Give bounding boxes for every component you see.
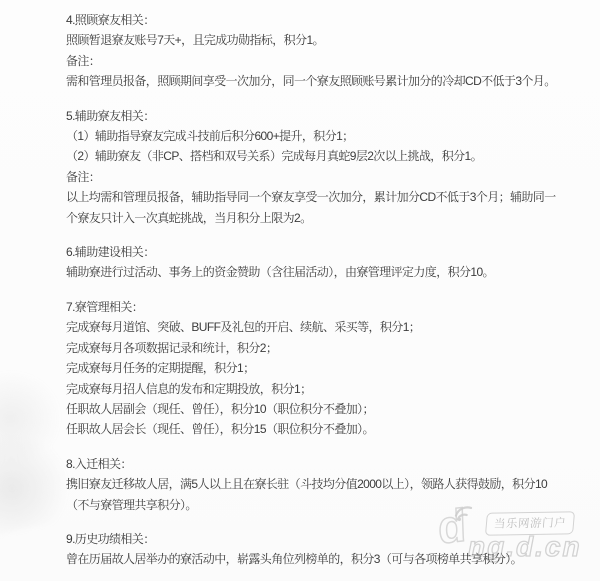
- text-line: 需和管理员报备，照顾期间享受一次加分，同一个寮友照顾账号累计加分的冷却CD不低于…: [66, 71, 600, 91]
- text-line: 个寮友只计入一次真蛇挑战，当月积分上限为2。: [66, 208, 600, 228]
- section-title: 7.寮管理相关：: [66, 297, 600, 317]
- text-line: （1）辅助指导寮友完成斗技前后积分600+提升，积分1；: [66, 126, 600, 146]
- text-line: 任职故人居会长（现任、曾任），积分15（职位积分不叠加）。: [66, 419, 600, 439]
- text-line: 曾在历届故人居举办的寮活动中，崭露头角位列榜单的，积分3（可与各项榜单共享积分）…: [66, 549, 600, 569]
- text-line: （不与寮管理共享积分）。: [66, 495, 600, 515]
- section-care-dormmates: 4.照顾寮友相关： 照顾暂退寮友账号7天+，且完成功勋指标，积分1。 备注： 需…: [66, 10, 600, 92]
- section-historical-merit: 9.历史功绩相关： 曾在历届故人居举办的寮活动中，崭露头角位列榜单的，积分3（可…: [66, 529, 600, 570]
- section-assist-dormmates: 5.辅助寮友相关： （1）辅助指导寮友完成斗技前后积分600+提升，积分1； （…: [66, 106, 600, 228]
- text-line: 照顾暂退寮友账号7天+，且完成功勋指标，积分1。: [66, 30, 600, 50]
- page-background: 4.照顾寮友相关： 照顾暂退寮友账号7天+，且完成功勋指标，积分1。 备注： 需…: [0, 0, 600, 581]
- text-line: 完成寮每月招人信息的发布和定期投放，积分1；: [66, 379, 600, 399]
- section-dorm-management: 7.寮管理相关： 完成寮每月道馆、突破、BUFF及礼包的开启、续航、采买等，积分…: [66, 297, 600, 440]
- text-line: 携旧寮友迁移故人居，满5人以上且在寮长驻（斗技均分值2000以上），领路人获得鼓…: [66, 474, 600, 494]
- section-title: 6.辅助建设相关：: [66, 242, 600, 262]
- text-line: 完成寮每月任务的定期提醒，积分1；: [66, 358, 600, 378]
- text-line: 辅助寮进行过活动、事务上的资金赞助（含往届活动），由寮管理评定力度，积分10。: [66, 262, 600, 282]
- text-line: 以上均需和管理员报备，辅助指导同一个寮友享受一次加分，累计加分CD不低于3个月；…: [66, 187, 600, 207]
- document-page: 4.照顾寮友相关： 照顾暂退寮友账号7天+，且完成功勋指标，积分1。 备注： 需…: [66, 0, 600, 570]
- section-migration: 8.入迁相关： 携旧寮友迁移故人居，满5人以上且在寮长驻（斗技均分值2000以上…: [66, 454, 600, 515]
- section-title: 5.辅助寮友相关：: [66, 106, 600, 126]
- text-line: 备注：: [66, 167, 600, 187]
- text-line: （2）辅助寮友（非CP、搭档和双号关系）完成每月真蛇9层2次以上挑战，积分1。: [66, 146, 600, 166]
- text-line: 完成寮每月道馆、突破、BUFF及礼包的开启、续航、采买等，积分1；: [66, 317, 600, 337]
- section-title: 4.照顾寮友相关：: [66, 10, 600, 30]
- section-assist-construction: 6.辅助建设相关： 辅助寮进行过活动、事务上的资金赞助（含往届活动），由寮管理评…: [66, 242, 600, 283]
- text-line: 任职故人居副会（现任、曾任），积分10（职位积分不叠加）；: [66, 399, 600, 419]
- section-title: 8.入迁相关：: [66, 454, 600, 474]
- section-title: 9.历史功绩相关：: [66, 529, 600, 549]
- text-line: 备注：: [66, 51, 600, 71]
- text-line: 完成寮每月各项数据记录和统计，积分2；: [66, 338, 600, 358]
